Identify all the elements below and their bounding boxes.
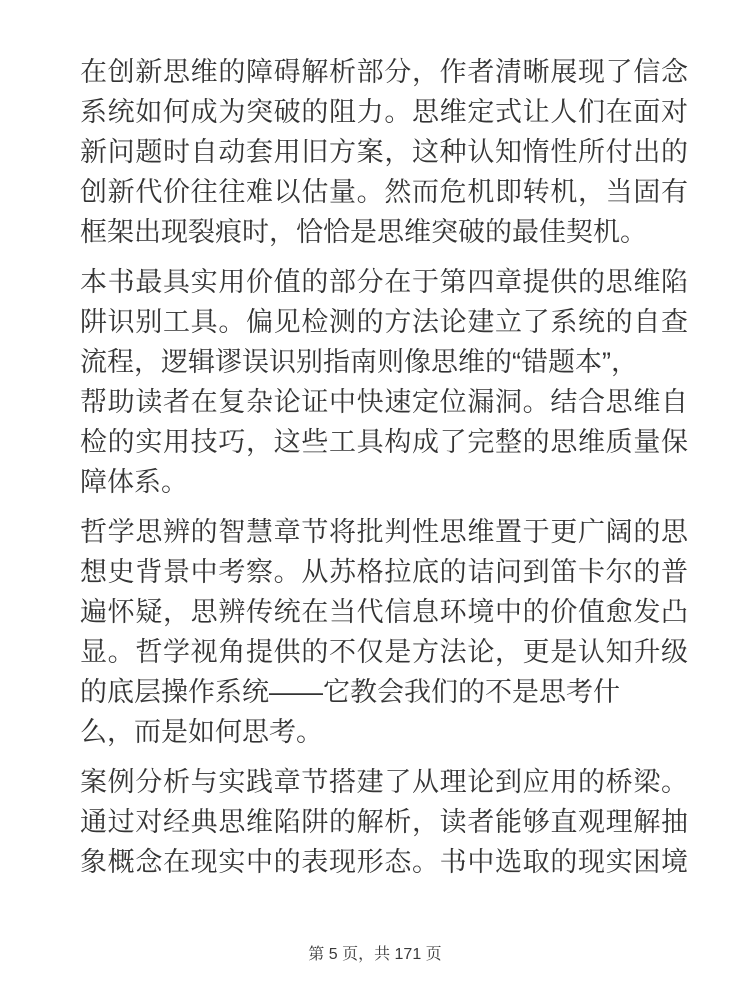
text-line: 哲学思辨的智慧章节将批判性思维置于更广阔的思 bbox=[80, 512, 688, 552]
text-line: 流程，逻辑谬误识别指南则像思维的“错题本”， bbox=[80, 342, 688, 382]
text-line: 创新代价往往难以估量。然而危机即转机，当固有 bbox=[80, 172, 688, 212]
text-line: 么，而是如何思考。 bbox=[80, 712, 688, 752]
text-line: 检的实用技巧，这些工具构成了完整的思维质量保 bbox=[80, 422, 688, 462]
page-footer: 第 5 页，共 171 页 bbox=[0, 944, 750, 966]
text-line: 遍怀疑，思辨传统在当代信息环境中的价值愈发凸 bbox=[80, 592, 688, 632]
text-line: 在创新思维的障碍解析部分，作者清晰展现了信念 bbox=[80, 52, 688, 92]
paragraph: 案例分析与实践章节搭建了从理论到应用的桥梁。通过对经典思维陷阱的解析，读者能够直… bbox=[80, 762, 688, 882]
text-line: 想史背景中考察。从苏格拉底的诘问到笛卡尔的普 bbox=[80, 552, 688, 592]
text-line: 框架出现裂痕时，恰恰是思维突破的最佳契机。 bbox=[80, 212, 688, 252]
paragraph: 本书最具实用价值的部分在于第四章提供的思维陷阱识别工具。偏见检测的方法论建立了系… bbox=[80, 262, 688, 502]
text-line: 象概念在现实中的表现形态。书中选取的现实困境 bbox=[80, 842, 688, 882]
paragraph: 哲学思辨的智慧章节将批判性思维置于更广阔的思想史背景中考察。从苏格拉底的诘问到笛… bbox=[80, 512, 688, 752]
text-line: 帮助读者在复杂论证中快速定位漏洞。结合思维自 bbox=[80, 382, 688, 422]
page-indicator: 第 5 页，共 171 页 bbox=[308, 946, 441, 963]
text-line: 阱识别工具。偏见检测的方法论建立了系统的自查 bbox=[80, 302, 688, 342]
text-line: 案例分析与实践章节搭建了从理论到应用的桥梁。 bbox=[80, 762, 688, 802]
paragraph: 在创新思维的障碍解析部分，作者清晰展现了信念系统如何成为突破的阻力。思维定式让人… bbox=[80, 52, 688, 252]
text-line: 障体系。 bbox=[80, 462, 688, 502]
text-line: 系统如何成为突破的阻力。思维定式让人们在面对 bbox=[80, 92, 688, 132]
text-line: 通过对经典思维陷阱的解析，读者能够直观理解抽 bbox=[80, 802, 688, 842]
text-line: 本书最具实用价值的部分在于第四章提供的思维陷 bbox=[80, 262, 688, 302]
text-line: 新问题时自动套用旧方案，这种认知惰性所付出的 bbox=[80, 132, 688, 172]
text-line: 显。哲学视角提供的不仅是方法论，更是认知升级 bbox=[80, 632, 688, 672]
text-line: 的底层操作系统——它教会我们的不是思考什 bbox=[80, 672, 688, 712]
document-page: 在创新思维的障碍解析部分，作者清晰展现了信念系统如何成为突破的阻力。思维定式让人… bbox=[80, 52, 688, 892]
